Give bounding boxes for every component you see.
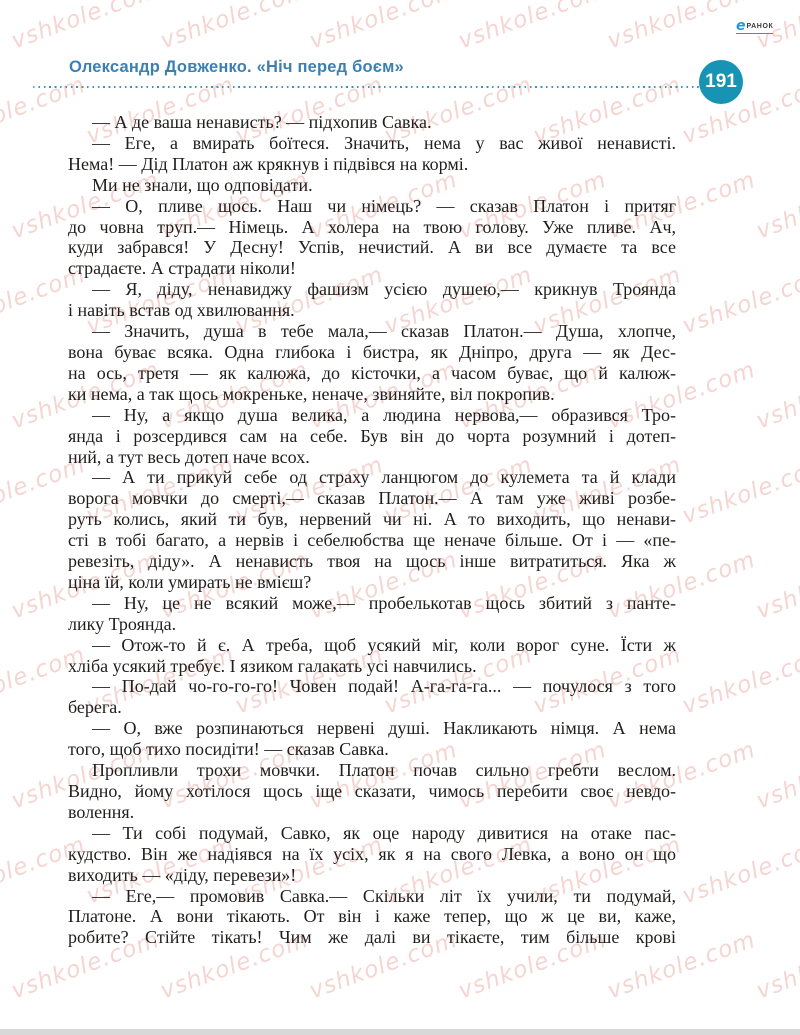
text-line: сті в тобі багато, а нервів і себелюбств… [68,530,676,551]
text-line: руть колись, який ти був, нервений чи ні… [68,509,676,530]
text-line: — А ти прикуй себе од страху ланцюгом до… [68,467,676,488]
chapter-header: Олександр Довженко. «Ніч перед боєм» [69,58,404,77]
text-line: Платоне. А вони тікають. От він і каже т… [68,906,676,927]
text-line: — О, вже розпинаються нервені душі. Накл… [68,718,676,739]
scan-edge-bar [0,1029,800,1035]
text-line: — О, пливе щось. Наш чи німець? — сказав… [68,196,676,217]
watermark-text: vshkole.com [753,737,800,815]
page-number-badge: 191 [699,60,743,104]
watermark-text: vshkole.com [679,832,800,910]
text-line: волення. [68,802,676,823]
text-line: до човна труп.— Німець. А холера на твою… [68,217,676,238]
text-line: берега. [68,697,676,718]
watermark-text: vshkole.com [753,927,800,1005]
watermark-text: vshkole.com [753,547,800,625]
text-line: — Я, діду, ненавиджу фашизм усією душею,… [68,279,676,300]
text-line: і навіть встав од хвилювання. [68,300,676,321]
dotted-divider [33,86,699,88]
text-line: вона буває всяка. Одна глибока і бистра,… [68,342,676,363]
text-line: на ось, третя — як калюжа, до кісточки, … [68,363,676,384]
text-line: — Ти собі подумай, Савко, як оце народу … [68,823,676,844]
eranok-e-icon: е [736,20,746,32]
watermark-text: vshkole.com [753,357,800,435]
watermark-text: vshkole.com [157,0,312,54]
text-line: ний, а тут весь дотеп наче всох. [68,447,676,468]
text-line: — Отож-то й є. А треба, щоб усякий міг, … [68,635,676,656]
text-line: Ми не знали, що одповідати. [68,175,676,196]
watermark-text: vshkole.com [753,167,800,245]
book-page: { "header": { "title": "Олександр Довжен… [0,0,800,1035]
text-line: робите? Стійте тікать! Чим же далі ви ті… [68,927,676,948]
text-line: Нема! — Дід Платон аж крякнув і підвівся… [68,154,676,175]
text-line: ки нема, а так щось мокреньке, неначе, з… [68,384,676,405]
watermark-text: vshkole.com [455,0,610,54]
text-line: — А де ваша ненависть? — підхопив Савка. [68,112,676,133]
text-line: Видно, йому хотілося щось іще сказати, ч… [68,781,676,802]
text-line: страдаєте. А страдати ніколи! [68,258,676,279]
watermark-text: vshkole.com [679,262,800,340]
text-line: куди забрався! У Десну! Успів, нечистий.… [68,237,676,258]
eranok-logo: е РАНОК [736,20,773,34]
text-line: — Еге,— промовив Савка.— Скільки літ їх … [68,886,676,907]
watermark-text: vshkole.com [679,642,800,720]
text-line: — Ну, а якщо душа велика, а людина нерво… [68,405,676,426]
text-line: — По-дай чо-го-го-го! Човен подай! А-га-… [68,676,676,697]
text-line: хліба усякий требує. І язиком галакать у… [68,656,676,677]
text-line: Пропливли трохи мовчки. Платон почав сил… [68,760,676,781]
text-line: виходить — «діду, перевези»! [68,865,676,886]
text-line: — Значить, душа в тебе мала,— сказав Пла… [68,321,676,342]
text-line: ревезіть, діду». А ненависть твоя на щос… [68,551,676,572]
watermark-text: vshkole.com [8,0,163,54]
text-line: лику Троянда. [68,614,676,635]
text-line: ворога мовчки до смерті,— сказав Платон.… [68,488,676,509]
text-line: — Ну, це не всякий може,— пробелькотав щ… [68,593,676,614]
text-line: того, щоб тихо посидіти! — сказав Савка. [68,739,676,760]
story-text-block: — А де ваша ненависть? — підхопив Савка.… [68,112,676,948]
eranok-logo-text: РАНОК [747,23,774,30]
text-line: кудство. Він же надіявся на їх усіх, як … [68,844,676,865]
watermark-text: vshkole.com [306,0,461,54]
text-line: — Еге, а вмирать боїтеся. Значить, нема … [68,133,676,154]
text-line: ціна їй, коли умирать не вмієш? [68,572,676,593]
text-line: янда і розсердився сам на себе. Був він … [68,426,676,447]
watermark-text: vshkole.com [679,452,800,530]
